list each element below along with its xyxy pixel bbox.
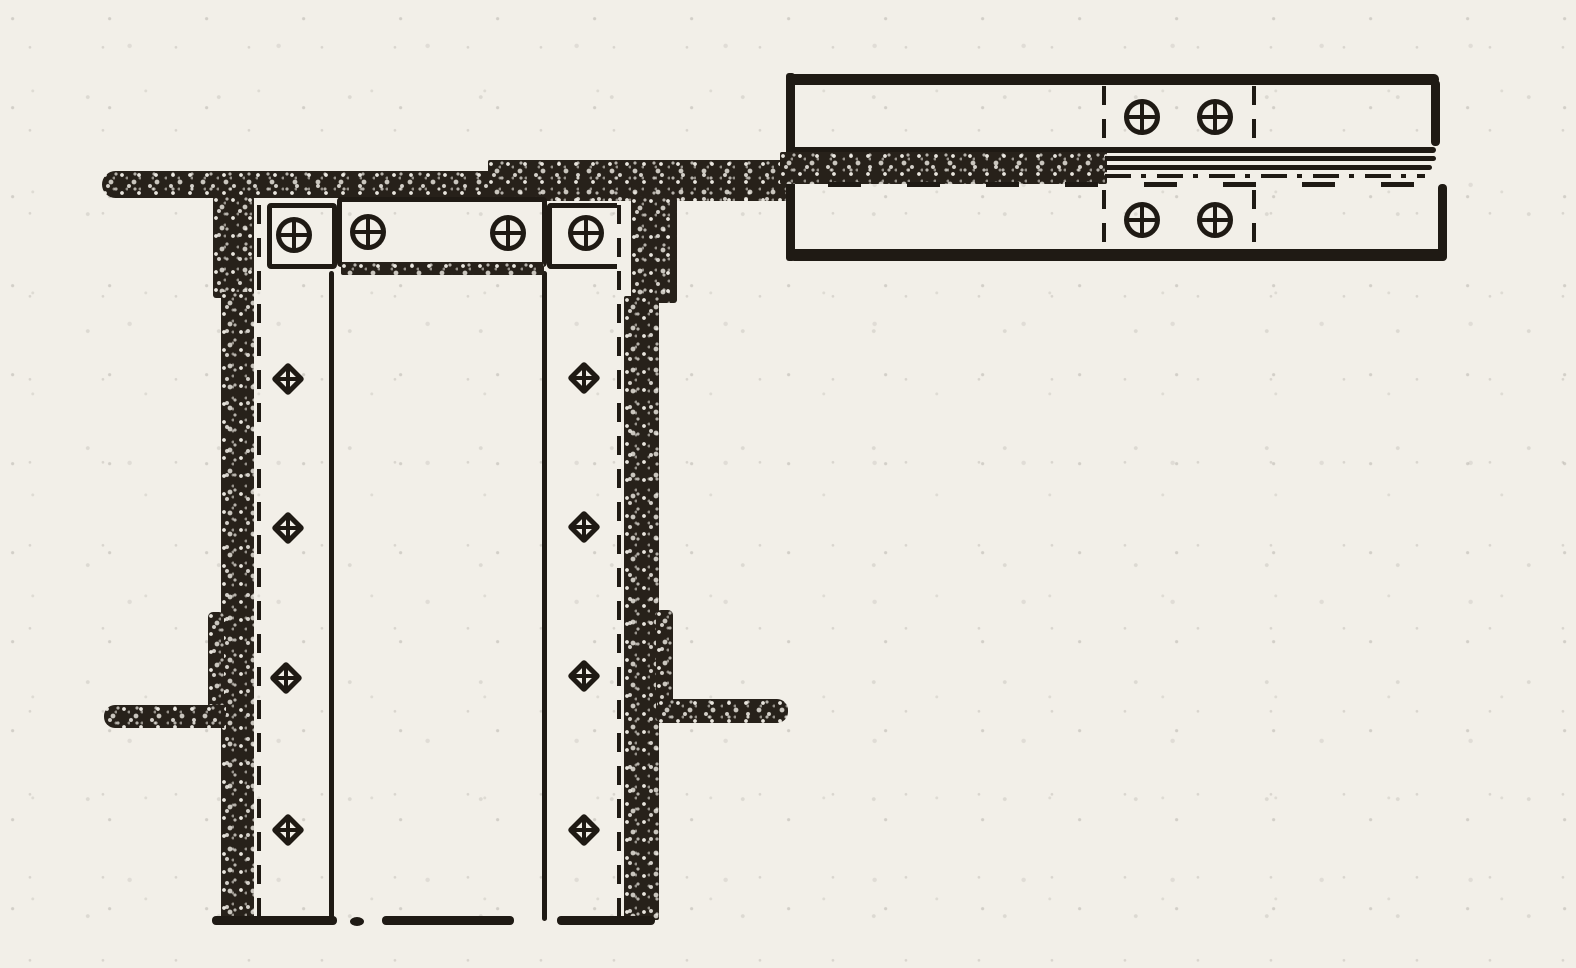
cap-rivet-1 (276, 217, 312, 253)
beam-top-edge (789, 74, 1439, 85)
beam-right-edge-lower (1438, 184, 1447, 261)
beam-right-edge-upper (1431, 80, 1440, 146)
right-flange-head (631, 197, 677, 303)
beam-bottom-edge (789, 249, 1447, 261)
left-flange-bar (221, 292, 254, 922)
beam-mid-dashes (828, 182, 1420, 187)
beam-mid-line-a (1105, 156, 1436, 161)
left-flange-inner-edge (257, 205, 261, 919)
beam-panel-divider-b-lower (1252, 190, 1256, 255)
beam-mid-dashdot (1105, 174, 1425, 178)
beam-mid-line-b (1105, 165, 1432, 170)
base-line-3 (557, 916, 655, 925)
base-dot (350, 917, 364, 926)
column-rivet-left-1 (273, 364, 303, 394)
right-flange-bar (624, 296, 659, 920)
column-rivet-left-2 (273, 513, 303, 543)
beam-panel-divider-a-upper (1102, 86, 1106, 146)
beam-rivet-bottom-2 (1197, 202, 1233, 238)
top-chord-bar-thick (488, 160, 790, 201)
cap-plate-middle-heavy-bottom (341, 262, 544, 275)
figure-canvas (0, 0, 1576, 968)
left-angle-web-line (329, 271, 334, 921)
cap-rivet-3 (490, 215, 526, 251)
beam-panel-divider-a-lower (1102, 190, 1106, 255)
column-rivet-left-3 (271, 663, 301, 693)
left-flange-head (213, 196, 254, 298)
right-flange-inner-edge (617, 205, 621, 919)
column-rivet-right-3 (569, 661, 599, 691)
column-rivet-right-2 (569, 512, 599, 542)
column-rivet-right-4 (569, 815, 599, 845)
beam-mid-stipple (780, 152, 1107, 184)
cap-rivet-4 (568, 215, 604, 251)
column-rivet-right-1 (569, 363, 599, 393)
beam-rivet-top-1 (1124, 99, 1160, 135)
beam-rivet-top-2 (1197, 99, 1233, 135)
beam-rivet-bottom-1 (1124, 202, 1160, 238)
base-line-2 (382, 916, 514, 925)
beam-panel-divider-b-upper (1252, 86, 1256, 146)
right-bracket-arm (658, 699, 788, 723)
top-chord-bar (102, 171, 498, 198)
base-line-1 (212, 916, 337, 925)
left-bracket-arm (104, 705, 226, 728)
right-angle-web-line (542, 271, 547, 921)
cap-rivet-2 (350, 214, 386, 250)
column-rivet-left-4 (273, 815, 303, 845)
